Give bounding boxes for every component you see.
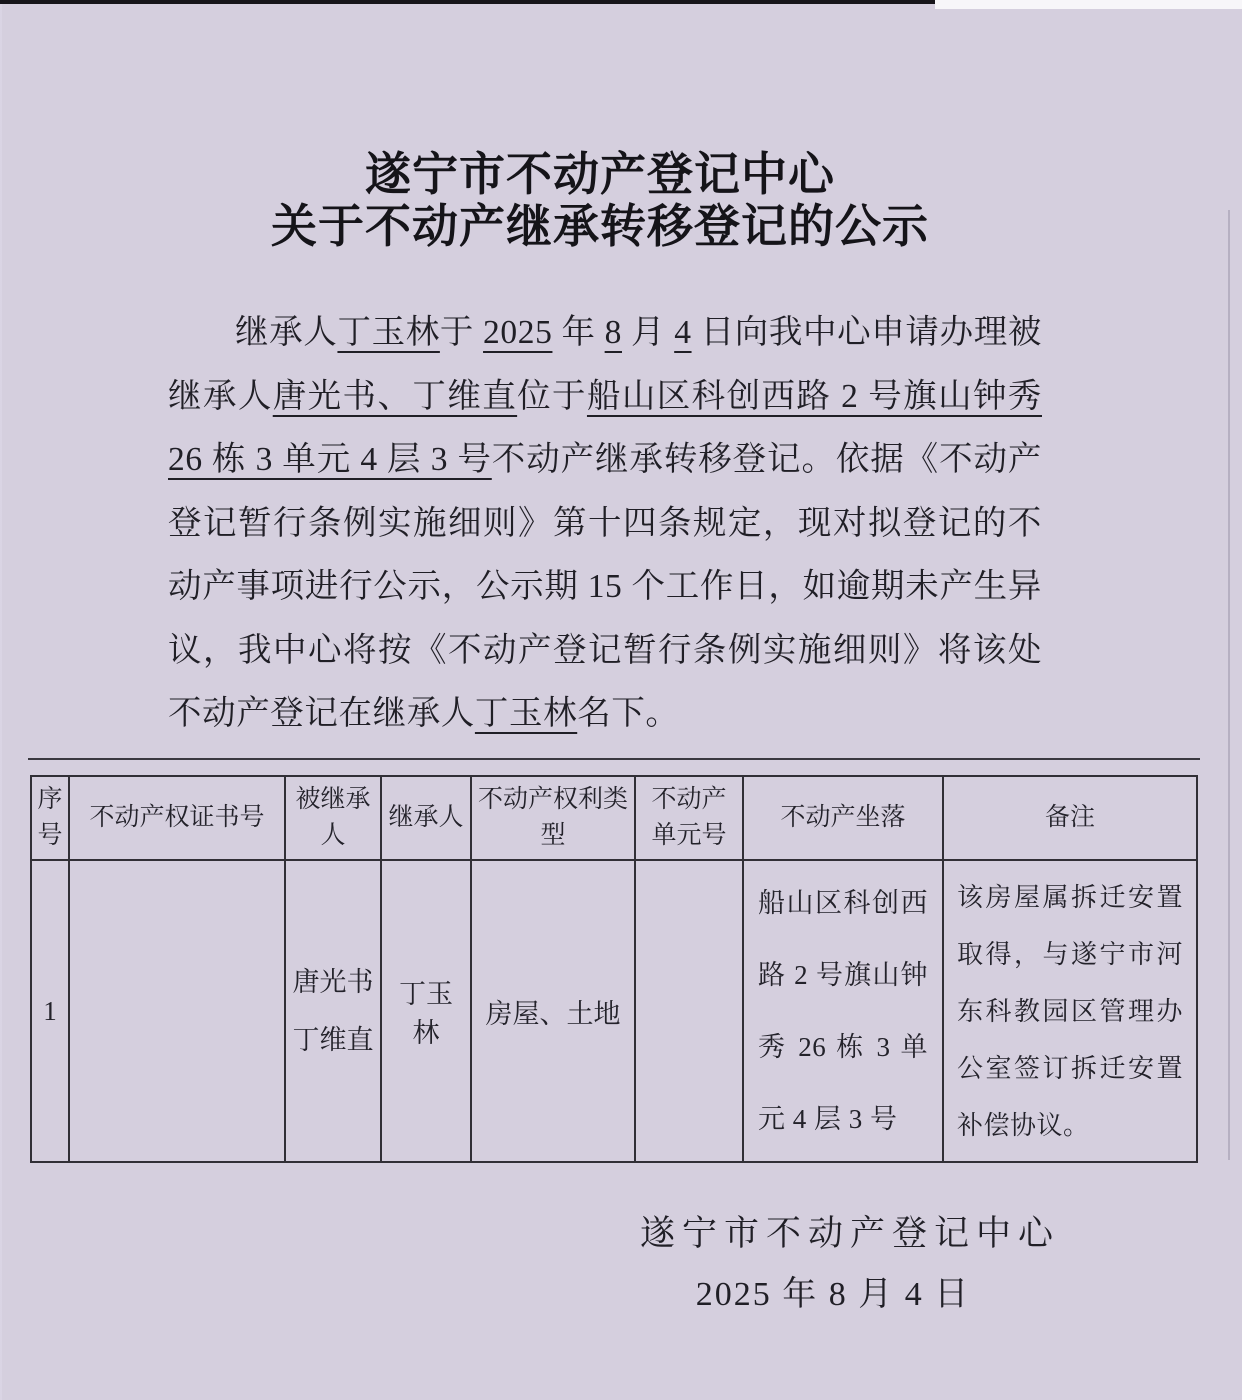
underlined-text-run: 唐光书、丁维直 xyxy=(273,378,517,415)
cell-location: 船山区科创西路 2 号旗山钟秀 26 栋 3 单元 4 层 3 号 xyxy=(743,860,943,1162)
registration-table: 序号 不动产权证书号 被继承人 继承人 不动产权利类型 不动产单元号 不动产坐落… xyxy=(30,775,1198,1163)
cell-seq: 1 xyxy=(31,860,69,1162)
notice-title: 遂宁市不动产登记中心 关于不动产继承转移登记的公示 xyxy=(0,148,1200,252)
cell-right-type: 房屋、土地 xyxy=(471,860,635,1162)
title-line-2: 关于不动产继承转移登记的公示 xyxy=(0,200,1200,252)
underlined-text-run: 4 xyxy=(674,314,691,351)
title-line-1: 遂宁市不动产登记中心 xyxy=(0,148,1200,200)
col-header-remark: 备注 xyxy=(943,776,1197,860)
scan-right-edge-line xyxy=(1228,210,1230,1160)
table-top-scan-rule xyxy=(28,758,1200,760)
col-header-right-type: 不动产权利类型 xyxy=(471,776,635,860)
text-run: 继承人 xyxy=(235,314,337,351)
col-header-location: 不动产坐落 xyxy=(743,776,943,860)
scanned-notice-page: 遂宁市不动产登记中心 关于不动产继承转移登记的公示 继承人丁玉林于 2025 年… xyxy=(0,0,1242,1400)
text-run: 于 xyxy=(440,314,483,351)
cell-unit-no xyxy=(635,860,743,1162)
table-header-row: 序号 不动产权证书号 被继承人 继承人 不动产权利类型 不动产单元号 不动产坐落… xyxy=(31,776,1197,860)
underlined-text-run: 丁玉林 xyxy=(337,314,439,351)
text-run: 不动产继承转移登记。依据《不动产登记暂行条例实施细则》第十四条规定，现对拟登记的… xyxy=(168,441,1042,732)
text-run: 位于 xyxy=(517,378,587,415)
col-header-decedent: 被继承人 xyxy=(285,776,381,860)
signature-date: 2025 年 8 月 4 日 xyxy=(583,1266,1083,1315)
notice-body-paragraph: 继承人丁玉林于 2025 年 8 月 4 日向我中心申请办理被继承人唐光书、丁维… xyxy=(168,301,1042,746)
cell-cert-no xyxy=(69,860,285,1162)
text-run: 年 xyxy=(552,314,604,351)
table-row: 1 唐光书 丁维直 丁玉林 房屋、土地 船山区科创西路 2 号旗山钟秀 26 栋… xyxy=(31,860,1197,1162)
col-header-heir: 继承人 xyxy=(381,776,471,860)
scan-top-white-strip xyxy=(935,0,1242,9)
underlined-text-run: 8 xyxy=(605,314,622,351)
cell-decedent: 唐光书 丁维直 xyxy=(285,860,381,1162)
text-run: 月 xyxy=(622,314,674,351)
underlined-text-run: 2025 xyxy=(483,314,552,351)
col-header-cert-no: 不动产权证书号 xyxy=(69,776,285,860)
signature-org: 遂宁市不动产登记中心 xyxy=(600,1206,1100,1256)
col-header-unit-no: 不动产单元号 xyxy=(635,776,743,860)
cell-remark: 该房屋属拆迁安置取得，与遂宁市河东科教园区管理办公室签订拆迁安置补偿协议。 xyxy=(943,860,1197,1162)
underlined-text-run: 丁玉林 xyxy=(475,695,577,732)
text-run: 名下。 xyxy=(577,695,679,732)
col-header-seq: 序号 xyxy=(31,776,69,860)
cell-heir: 丁玉林 xyxy=(381,860,471,1162)
